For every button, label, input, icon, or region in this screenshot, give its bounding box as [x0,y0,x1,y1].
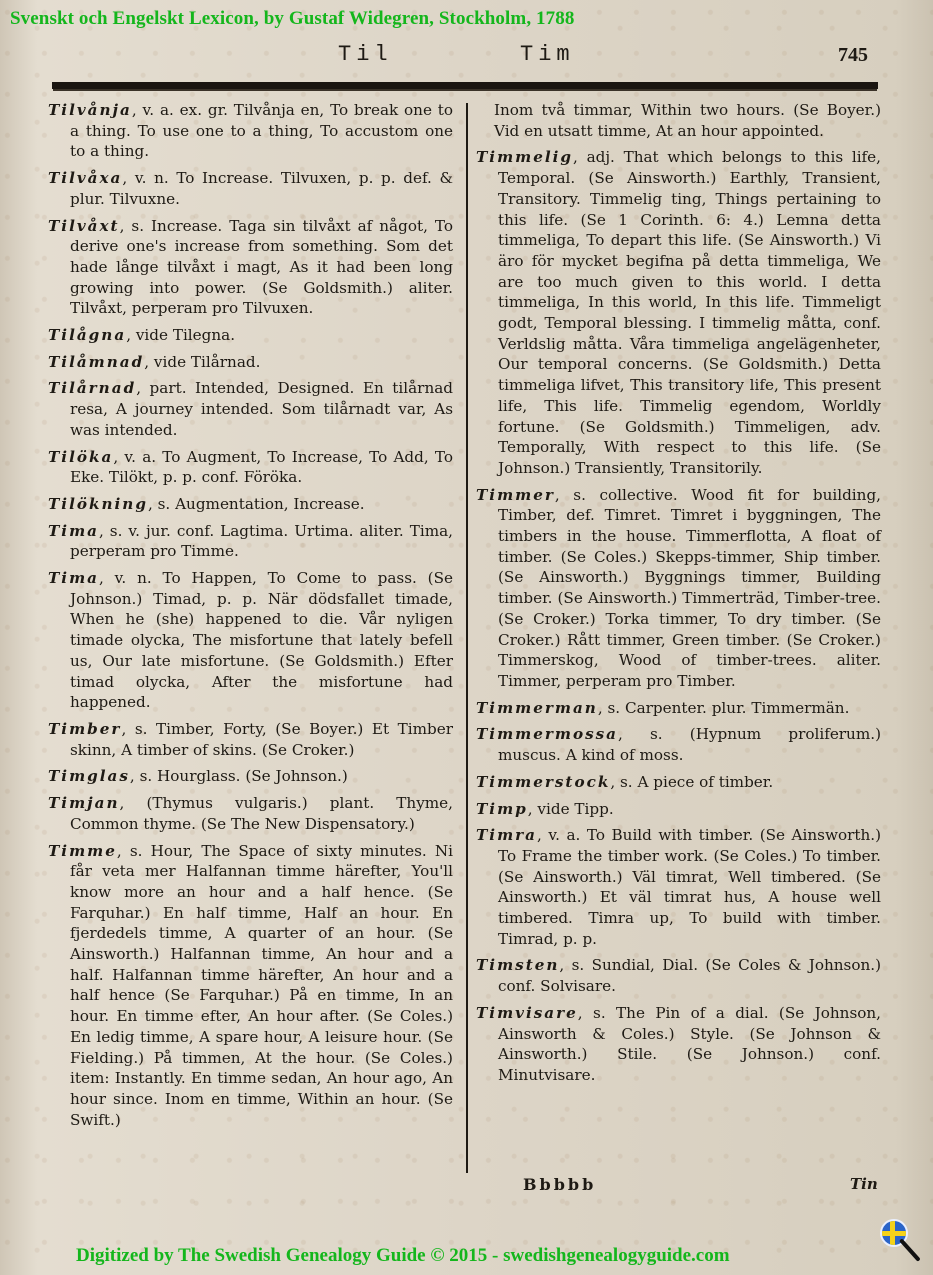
headword: Tilöka [48,448,113,466]
definition: , vide Tilegna. [126,326,235,344]
headword: Tima [48,522,99,540]
dictionary-entry: Tilvåxa, v. n. To Increase. Tilvuxen, p.… [48,168,453,209]
dictionary-entry: Timjan, (Thymus vulgaris.) plant. Thyme,… [48,793,453,834]
digitizer-credit-banner: Digitized by The Swedish Genealogy Guide… [76,1245,730,1267]
dictionary-entry: Timp, vide Tipp. [476,799,881,820]
dictionary-entry: Timglas, s. Hourglass. (Se Johnson.) [48,766,453,787]
dictionary-entry: Timra, v. a. To Build with timber. (Se A… [476,825,881,949]
headword: Tilvåxa [48,169,122,187]
definition: , s. Augmentation, Increase. [148,495,365,513]
definition: , s. Carpenter. plur. Timmermän. [598,699,850,717]
definition: , adj. That which belongs to this life, … [498,148,881,477]
headword: Timmelig [476,148,573,166]
dictionary-entry: Timmerstock, s. A piece of timber. [476,772,881,793]
definition: , s. collective. Wood fit for building, … [498,486,881,690]
dictionary-entry: Tima, s. v. jur. conf. Lagtima. Urtima. … [48,521,453,562]
definition: , vide Tipp. [528,800,614,818]
headword: Timra [476,826,537,844]
definition: , s. A piece of timber. [610,773,773,791]
running-head: Til Tim 745 [0,42,933,72]
page-number: 745 [838,44,868,67]
dictionary-entry: Timmer, s. collective. Wood fit for buil… [476,485,881,692]
headword: Tilökning [48,495,148,513]
dictionary-entry: Timsten, s. Sundial, Dial. (Se Coles & J… [476,955,881,996]
headword: Timjan [48,794,120,812]
magnifier-handle-icon [899,1238,921,1261]
dictionary-entry: Tilåmnad, vide Tilårnad. [48,352,453,373]
header-rule [52,82,878,89]
dictionary-entry: Timber, s. Timber, Forty, (Se Boyer.) Et… [48,719,453,760]
headword: Tilvåxt [48,217,120,235]
headword: Tilåmnad [48,353,144,371]
headword: Tima [48,569,99,587]
running-head-right: Tim [520,42,575,67]
dictionary-entry-continued: Inom två timmar, Within two hours. (Se B… [476,100,881,141]
dictionary-entry: Timmelig, adj. That which belongs to thi… [476,147,881,478]
definition: , v. a. To Build with timber. (Se Ainswo… [498,826,881,948]
definition: , s. Hourglass. (Se Johnson.) [130,767,348,785]
definition: Inom två timmar, Within two hours. (Se B… [494,101,881,140]
headword: Timmermossa [476,725,618,743]
headword: Tilårnad [48,379,136,397]
headword: Timp [476,800,528,818]
headword: Timme [48,842,117,860]
definition: , (Thymus vulgaris.) plant. Thyme, Commo… [70,794,453,833]
headword: Timvisare [476,1004,578,1022]
dictionary-entry: Tilöka, v. a. To Augment, To Increase, T… [48,447,453,488]
dictionary-entry: Tilökning, s. Augmentation, Increase. [48,494,453,515]
running-head-left: Til [338,42,393,67]
dictionary-entry: Timvisare, s. The Pin of a dial. (Se Joh… [476,1003,881,1086]
headword: Timber [48,720,121,738]
dictionary-entry: Timmerman, s. Carpenter. plur. Timmermän… [476,698,881,719]
headword: Timmer [476,486,555,504]
definition: , vide Tilårnad. [144,353,260,371]
dictionary-entry: Timme, s. Hour, The Space of sixty minut… [48,841,453,1131]
definition: , v. n. To Happen, To Come to pass. (Se … [70,569,453,711]
definition: , v. a. To Augment, To Increase, To Add,… [70,448,453,487]
dictionary-entry: Tilvånja, v. a. ex. gr. Tilvånja en, To … [48,100,453,162]
headword: Timglas [48,767,130,785]
definition: , s. Increase. Taga sin tilvåxt af något… [70,217,453,318]
definition: , s. Hour, The Space of sixty minutes. N… [70,842,453,1129]
flag-cross-horizontal [882,1231,906,1236]
definition: , s. v. jur. conf. Lagtima. Urtima. alit… [70,522,453,561]
headword: Tilvånja [48,101,132,119]
headword: Timmerstock [476,773,610,791]
right-column: Inom två timmar, Within two hours. (Se B… [476,100,881,1092]
left-column: Tilvånja, v. a. ex. gr. Tilvånja en, To … [48,100,453,1136]
column-divider [466,103,468,1173]
printer-signature-mark: Bbbbb [523,1175,596,1194]
dictionary-entry: Timmermossa, s. (Hypnum proliferum.) mus… [476,724,881,765]
headword: Tilågna [48,326,126,344]
definition: , v. n. To Increase. Tilvuxen, p. p. def… [70,169,453,208]
dictionary-entry: Tima, v. n. To Happen, To Come to pass. … [48,568,453,713]
dictionary-entry: Tilågna, vide Tilegna. [48,325,453,346]
dictionary-entry: Tilvåxt, s. Increase. Taga sin tilvåxt a… [48,216,453,320]
source-title-banner: Svenskt och Engelskt Lexicon, by Gustaf … [10,8,574,30]
headword: Timsten [476,956,559,974]
dictionary-entry: Tilårnad, part. Intended, Designed. En t… [48,378,453,440]
catchword: Tin [850,1175,878,1193]
definition: , s. Timber, Forty, (Se Boyer.) Et Timbe… [70,720,453,759]
headword: Timmerman [476,699,598,717]
